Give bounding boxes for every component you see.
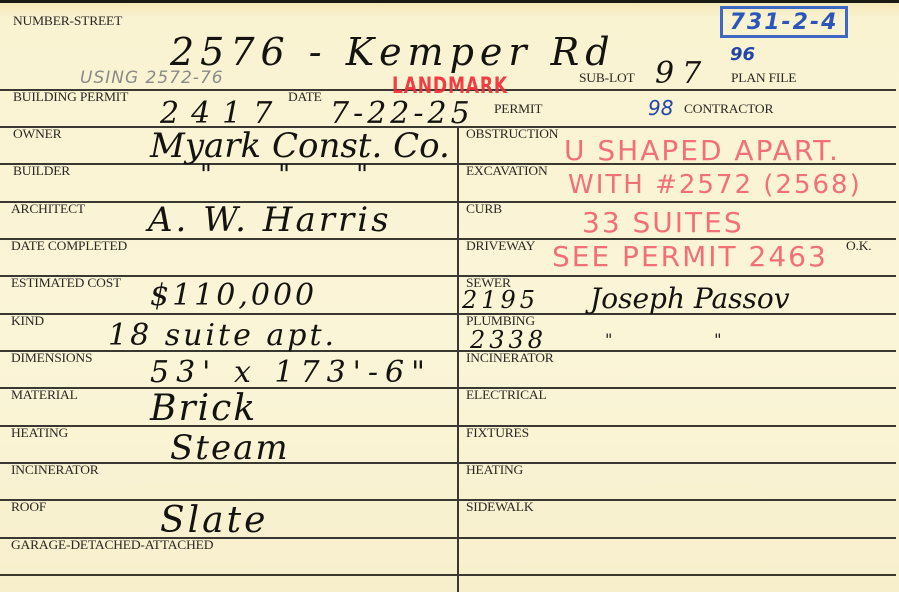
driveway-label: DRIVEWAY [466, 238, 535, 253]
column-divider [457, 126, 459, 592]
estimated-cost-label: ESTIMATED COST [11, 275, 121, 290]
electrical-label: ELECTRICAL [466, 387, 547, 402]
sidewalk-label: SIDEWALK [466, 499, 533, 514]
heating-label: HEATING [11, 425, 68, 440]
date-completed-label: DATE COMPLETED [11, 238, 127, 253]
rule [0, 574, 896, 576]
sub-lot-label: SUB-LOT [579, 70, 635, 85]
sewer-contractor: Joseph Passov [590, 282, 790, 315]
pencil-note: USING 2572-76 [80, 68, 224, 88]
plan-file-label: PLAN FILE [731, 70, 796, 85]
driveway-value: O.K. [846, 238, 871, 253]
permit-label: PERMIT [494, 101, 542, 116]
rule [0, 499, 896, 501]
architect-label: ARCHITECT [11, 201, 85, 216]
roof-value: Slate [160, 500, 268, 541]
material-value: Brick [150, 388, 257, 429]
card-top-edge [0, 0, 899, 3]
kind-value: 18 suite apt. [108, 318, 337, 353]
rule [0, 201, 896, 203]
red-note-1: U SHAPED APART. [564, 134, 840, 167]
estimated-cost-value: $110,000 [150, 278, 317, 313]
right-incinerator-label: INCINERATOR [466, 350, 554, 365]
number-street-label: NUMBER-STREET [13, 13, 122, 28]
contractor-label: CONTRACTOR [684, 101, 773, 116]
owner-label: OWNER [13, 126, 62, 141]
red-note-4: SEE PERMIT 2463 [552, 240, 828, 273]
kind-label: KIND [11, 313, 44, 328]
right-heating-label: HEATING [466, 462, 523, 477]
red-note-2: WITH #2572 (2568) [568, 170, 862, 200]
excavation-label: EXCAVATION [466, 163, 548, 178]
obstruction-label: OBSTRUCTION [466, 126, 558, 141]
roof-label: ROOF [11, 499, 46, 514]
builder-label: BUILDER [13, 163, 70, 178]
date-label: DATE [288, 89, 322, 104]
heating-value: Steam [170, 428, 290, 468]
sewer-value: 2195 [462, 286, 539, 314]
material-label: MATERIAL [11, 387, 78, 402]
sub-lot-note: 96 [730, 44, 755, 65]
contractor-number: 98 [648, 96, 673, 120]
garage-label: GARAGE-DETACHED-ATTACHED [11, 537, 213, 552]
incinerator-label: INCINERATOR [11, 462, 99, 477]
rule [0, 425, 896, 427]
rule [0, 275, 896, 277]
curb-label: CURB [466, 201, 502, 216]
building-permit-label: BUILDING PERMIT [13, 89, 128, 104]
rule [0, 387, 896, 389]
number-street-value: 2576 - Kemper Rd [170, 30, 616, 74]
permit-card: 731-2-4 NUMBER-STREET 2576 - Kemper Rd U… [0, 0, 899, 592]
builder-value: " " " [200, 160, 368, 190]
fixtures-label: FIXTURES [466, 425, 529, 440]
dimensions-value: 53' x 173'-6" [150, 355, 432, 390]
sub-lot-value: 97 [655, 56, 709, 91]
file-number-box: 731-2-4 [720, 6, 848, 38]
rule [0, 462, 896, 464]
architect-value: A. W. Harris [148, 200, 392, 240]
plumbing-contractor: " " [605, 330, 721, 349]
dimensions-label: DIMENSIONS [11, 350, 92, 365]
landmark-stamp: LANDMARK [392, 74, 508, 99]
red-note-3: 33 SUITES [582, 206, 744, 239]
